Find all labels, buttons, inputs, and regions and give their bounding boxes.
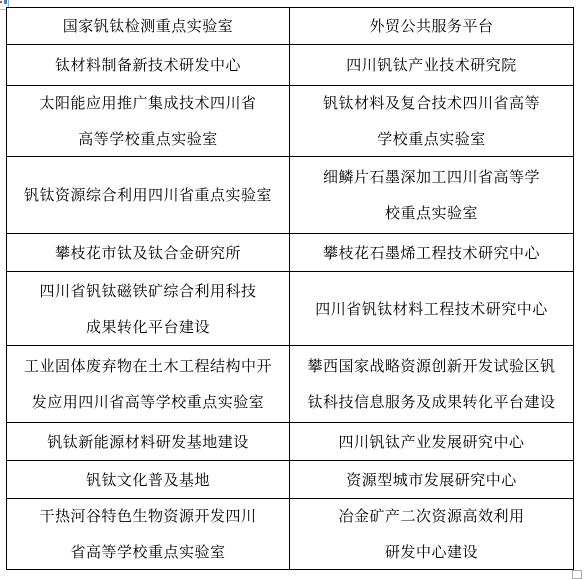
- cell-text: 钒钛资源综合利用四川省重点实验室: [24, 177, 272, 213]
- table-row: 干热河谷特色生物资源开发四川 省高等学校重点实验室 冶金矿产二次资源高效利用 研…: [7, 498, 573, 569]
- empty-placeholder-box-icon: [572, 570, 582, 579]
- table-cell: 攀西国家战略资源创新开发试验区钒 钛科技信息服务及成果转化平台建设: [290, 346, 573, 422]
- cell-text: 四川省钒钛磁铁矿综合利用科技 成果转化平台建设: [39, 273, 256, 345]
- table-cell: 资源型城市发展研究中心: [290, 461, 573, 498]
- cell-text: 钒钛材料及复合技术四川省高等 学校重点实验室: [323, 85, 540, 157]
- table-cell: 干热河谷特色生物资源开发四川 省高等学校重点实验室: [7, 499, 290, 569]
- cell-text: 细鳞片石墨深加工四川省高等学 校重点实验室: [323, 159, 540, 231]
- table-cell: 钒钛材料及复合技术四川省高等 学校重点实验室: [290, 86, 573, 156]
- table-cell: 钒钛新能源材料研发基地建设: [7, 423, 290, 460]
- table-cell: 四川钒钛产业发展研究中心: [290, 423, 573, 460]
- table-cell: 四川钒钛产业技术研究院: [290, 45, 573, 85]
- table-cell: 钛材料制备新技术研发中心: [7, 45, 290, 85]
- cell-text: 太阳能应用推广集成技术四川省 高等学校重点实验室: [39, 85, 256, 157]
- table-row: 国家钒钛检测重点实验室 外贸公共服务平台: [7, 8, 573, 44]
- table-row: 钛材料制备新技术研发中心 四川钒钛产业技术研究院: [7, 44, 573, 85]
- cell-text: 攀枝花石墨烯工程技术研究中心: [323, 235, 540, 271]
- table-cell: 钒钛文化普及基地: [7, 461, 290, 498]
- table-cell: 细鳞片石墨深加工四川省高等学 校重点实验室: [290, 157, 573, 233]
- table-cell: 攀枝花石墨烯工程技术研究中心: [290, 234, 573, 271]
- table-row: 四川省钒钛磁铁矿综合利用科技 成果转化平台建设 四川省钒钛材料工程技术研究中心: [7, 271, 573, 345]
- cell-text: 干热河谷特色生物资源开发四川 省高等学校重点实验室: [39, 498, 256, 570]
- cell-text: 资源型城市发展研究中心: [346, 462, 517, 498]
- table-cell: 冶金矿产二次资源高效利用 研发中心建设: [290, 499, 573, 569]
- cell-text: 钛材料制备新技术研发中心: [55, 47, 241, 83]
- cell-text: 四川钒钛产业技术研究院: [346, 47, 517, 83]
- cell-text: 冶金矿产二次资源高效利用 研发中心建设: [338, 498, 524, 570]
- institutions-table: 国家钒钛检测重点实验室 外贸公共服务平台 钛材料制备新技术研发中心 四川钒钛产业…: [6, 7, 574, 570]
- table-cell: 四川省钒钛磁铁矿综合利用科技 成果转化平台建设: [7, 272, 290, 345]
- table-row: 钒钛资源综合利用四川省重点实验室 细鳞片石墨深加工四川省高等学 校重点实验室: [7, 156, 573, 233]
- cell-text: 四川省钒钛材料工程技术研究中心: [315, 291, 548, 327]
- table-row: 钒钛文化普及基地 资源型城市发展研究中心: [7, 460, 573, 498]
- table-cell: 四川省钒钛材料工程技术研究中心: [290, 272, 573, 345]
- table-row: 太阳能应用推广集成技术四川省 高等学校重点实验室 钒钛材料及复合技术四川省高等 …: [7, 85, 573, 156]
- table-row: 攀枝花市钛及钛合金研究所 攀枝花石墨烯工程技术研究中心: [7, 233, 573, 271]
- cell-text: 钒钛新能源材料研发基地建设: [47, 424, 249, 460]
- table-row: 钒钛新能源材料研发基地建设 四川钒钛产业发展研究中心: [7, 422, 573, 460]
- cell-text: 外贸公共服务平台: [369, 8, 493, 44]
- cell-text: 四川钒钛产业发展研究中心: [338, 424, 524, 460]
- broken-image-icon-blue-mark: [4, 0, 7, 4]
- table-cell: 外贸公共服务平台: [290, 8, 573, 44]
- cell-text: 钒钛文化普及基地: [86, 462, 210, 498]
- table-row: 工业固体废弃物在土木工程结构中开 发应用四川省高等学校重点实验室 攀西国家战略资…: [7, 345, 573, 422]
- cell-text: 攀西国家战略资源创新开发试验区钒 钛科技信息服务及成果转化平台建设: [307, 348, 555, 420]
- table-cell: 工业固体废弃物在土木工程结构中开 发应用四川省高等学校重点实验室: [7, 346, 290, 422]
- cell-text: 工业固体废弃物在土木工程结构中开 发应用四川省高等学校重点实验室: [24, 348, 272, 420]
- table-cell: 钒钛资源综合利用四川省重点实验室: [7, 157, 290, 233]
- cell-text: 国家钒钛检测重点实验室: [63, 8, 234, 44]
- cell-text: 攀枝花市钛及钛合金研究所: [55, 235, 241, 271]
- broken-image-icon-red-mark: [0, 1, 2, 3]
- table-cell: 太阳能应用推广集成技术四川省 高等学校重点实验室: [7, 86, 290, 156]
- table-cell: 攀枝花市钛及钛合金研究所: [7, 234, 290, 271]
- table-cell: 国家钒钛检测重点实验室: [7, 8, 290, 44]
